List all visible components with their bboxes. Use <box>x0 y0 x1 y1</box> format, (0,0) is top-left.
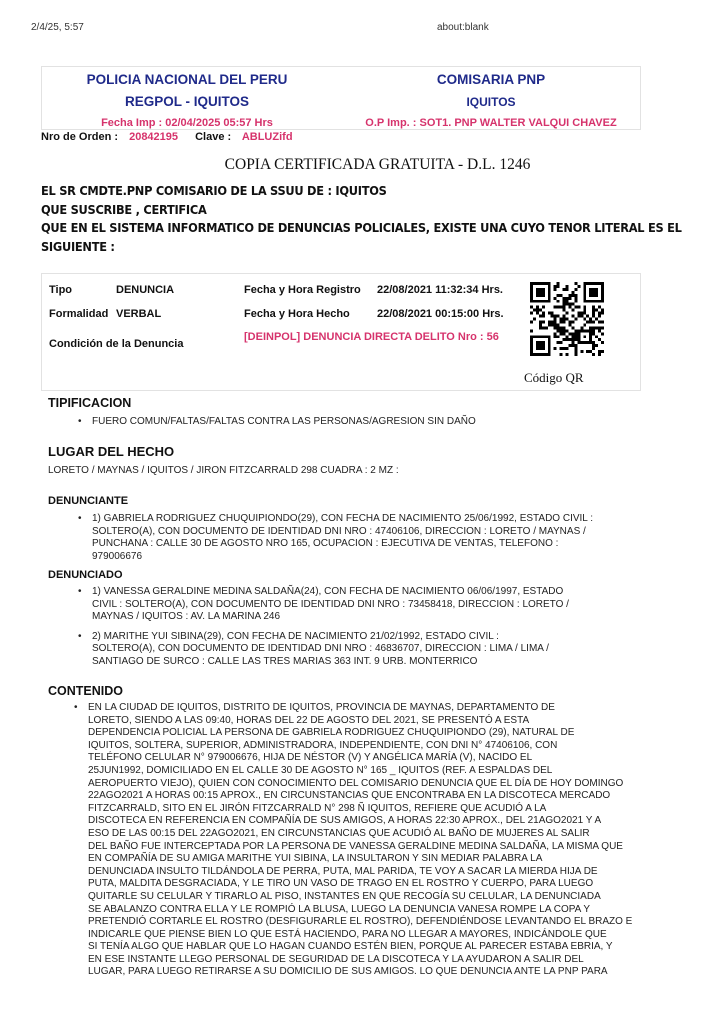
list-item-line: AEROPUERTO VIEJO), QUIEN CON CONOCIMIENT… <box>88 778 632 791</box>
station-name: COMISARIA PNP <box>342 70 640 90</box>
denunciante-list: 1) GABRIELA RODRIGUEZ CHUQUIPIONDO(29), … <box>40 513 593 563</box>
formalidad-value: VERBAL <box>116 308 161 320</box>
order-label: Nro de Orden : <box>41 131 118 143</box>
section-denunciado: DENUNCIADO 1) VANESSA GERALDINE MEDINA S… <box>48 569 569 669</box>
cert-line: SIGUIENTE : <box>41 238 602 257</box>
region-name: REGPOL - IQUITOS <box>42 92 332 112</box>
list-item-line: DISCOTECA EN REFERENCIA EN COMPAÑÍA DE S… <box>88 815 632 828</box>
list-item-line: EN ESE INSTANTE LLEGO PERSONAL DE SEGURI… <box>88 954 632 967</box>
list-item-line: EN LA CIUDAD DE IQUITOS, DISTRITO DE IQU… <box>88 702 632 715</box>
list-item-line: 979006676 <box>92 551 593 564</box>
lugar-title: LUGAR DEL HECHO <box>48 444 399 459</box>
section-lugar: LUGAR DEL HECHO LORETO / MAYNAS / IQUITO… <box>48 444 399 476</box>
list-item-line: PUTA, MALDITA DESGRACIADA, Y LE TIRO UN … <box>88 878 632 891</box>
cert-line: QUE EN EL SISTEMA INFORMATICO DE DENUNCI… <box>41 219 602 238</box>
list-item-line: PRETENDIÓ CORTARLE EL ROSTRO (DESFIGURAR… <box>88 916 632 929</box>
section-tipificacion: TIPIFICACION FUERO COMUN/FALTAS/FALTAS C… <box>48 396 476 429</box>
list-item-line: 22AGO2021 A HORAS 00:15 APROX., EN CIRCU… <box>88 790 632 803</box>
print-url: about:blank <box>437 22 489 33</box>
list-item-line: SOLTERO(A), CON DOCUMENTO DE IDENTIDAD D… <box>92 526 593 539</box>
contenido-title: CONTENIDO <box>48 684 632 698</box>
list-item-line: SANTIAGO DE SURCO : CALLE LAS TRES MARIA… <box>92 656 569 669</box>
key-value: ABLUZifd <box>242 131 293 143</box>
list-item-line: DEL BAÑO FUE INTERCEPTADA POR LA PERSONA… <box>88 841 632 854</box>
list-item-line: TELÉFONO CELULAR N° 979006676, HIJA DE N… <box>88 752 632 765</box>
tipificacion-title: TIPIFICACION <box>48 396 476 410</box>
list-item-line: EN COMPAÑÍA DE SU AMIGA MARITHE YUI SIBI… <box>88 853 632 866</box>
header-right: COMISARIA PNP IQUITOS O.P Imp. : SOT1. P… <box>342 70 640 131</box>
list-item: 2) MARITHE YUI SIBINA(29), CON FECHA DE … <box>40 631 569 669</box>
complaint-info-box: Tipo DENUNCIA Formalidad VERBAL Condició… <box>41 273 641 391</box>
list-item-line: 1) VANESSA GERALDINE MEDINA SALDAÑA(24),… <box>92 586 569 599</box>
print-date-label: Fecha Imp : 02/04/2025 05:57 Hrs <box>42 115 332 131</box>
list-item-line: INDICARLE QUE PIENSE BIEN LO QUE ESTÁ HA… <box>88 929 632 942</box>
list-item-line: IQUITOS, SOLTERA, SUPERIOR, ADMINISTRADO… <box>88 740 632 753</box>
document-header: POLICIA NACIONAL DEL PERU REGPOL - IQUIT… <box>41 66 641 130</box>
certification-text: EL SR CMDTE.PNP COMISARIO DE LA SSUU DE … <box>41 182 602 256</box>
list-item-line: 25JUN1992, DOMICILIADO EN EL CALLE 30 DE… <box>88 765 632 778</box>
list-item-line: MAYNAS / IQUITOS : AV. LA MARINA 246 <box>92 611 569 624</box>
institution-name: POLICIA NACIONAL DEL PERU <box>42 70 332 90</box>
list-item-line: ESO DE LAS 00:15 DEL 22AGO2021, EN CIRCU… <box>88 828 632 841</box>
tipo-value: DENUNCIA <box>116 284 174 296</box>
condicion-label: Condición de la Denuncia <box>49 338 183 350</box>
list-item-line: 1) GABRIELA RODRIGUEZ CHUQUIPIONDO(29), … <box>92 513 593 526</box>
document-title: COPIA CERTIFICADA GRATUITA - D.L. 1246 <box>0 156 725 174</box>
order-row: Nro de Orden : 20842195 Clave : ABLUZifd <box>41 131 301 143</box>
list-item-line: SI TENÍA ALGO QUE HABLAR QUE LO HAGAN CU… <box>88 941 632 954</box>
list-item: EN LA CIUDAD DE IQUITOS, DISTRITO DE IQU… <box>36 702 632 979</box>
header-left: POLICIA NACIONAL DEL PERU REGPOL - IQUIT… <box>42 70 332 131</box>
hecho-label: Fecha y Hora Hecho <box>244 308 350 320</box>
list-item-line: FITZCARRALD, SITO EN EL JIRÓN FITZCARRAL… <box>88 803 632 816</box>
list-item-line: QUITARLE SU CELULAR Y TIRARLO AL PISO, I… <box>88 891 632 904</box>
list-item-line: PUNCHANA : CALLE 30 DE AGOSTO NRO 165, O… <box>92 538 593 551</box>
denunciado-list: 1) VANESSA GERALDINE MEDINA SALDAÑA(24),… <box>40 586 569 669</box>
lugar-text: LORETO / MAYNAS / IQUITOS / JIRON FITZCA… <box>48 465 399 476</box>
section-contenido: CONTENIDO EN LA CIUDAD DE IQUITOS, DISTR… <box>48 684 632 979</box>
list-item-line: SE ABALANZO CONTRA ELLA Y LE ROMPIÓ LA B… <box>88 904 632 917</box>
cert-line: EL SR CMDTE.PNP COMISARIO DE LA SSUU DE … <box>41 182 602 201</box>
list-item-line: 2) MARITHE YUI SIBINA(29), CON FECHA DE … <box>92 631 569 644</box>
list-item: 1) VANESSA GERALDINE MEDINA SALDAÑA(24),… <box>40 586 569 624</box>
list-item-line: LUGAR, PARA LUEGO RETIRARSE A SU DOMICIL… <box>88 966 632 979</box>
contenido-list: EN LA CIUDAD DE IQUITOS, DISTRITO DE IQU… <box>36 702 632 979</box>
list-item: FUERO COMUN/FALTAS/FALTAS CONTRA LAS PER… <box>40 416 476 429</box>
registro-value: 22/08/2021 11:32:34 Hrs. <box>377 284 503 296</box>
condicion-value: [DEINPOL] DENUNCIA DIRECTA DELITO Nro : … <box>244 331 499 343</box>
list-item-line: DENUNCIADA INSULTO TILDÁNDOLA DE PERRA, … <box>88 866 632 879</box>
list-item-line: SOLTERO(A), CON DOCUMENTO DE IDENTIDAD D… <box>92 643 569 656</box>
list-item-line: LORETO, SIENDO A LAS 09:40, HORAS DEL 22… <box>88 715 632 728</box>
section-denunciante: DENUNCIANTE 1) GABRIELA RODRIGUEZ CHUQUI… <box>48 495 593 563</box>
formalidad-label: Formalidad <box>49 308 108 320</box>
list-item-line: DEPENDENCIA POLICIAL LA PERSONA DE GABRI… <box>88 727 632 740</box>
denunciado-title: DENUNCIADO <box>48 569 569 581</box>
denunciante-title: DENUNCIANTE <box>48 495 593 507</box>
tipificacion-list: FUERO COMUN/FALTAS/FALTAS CONTRA LAS PER… <box>40 416 476 429</box>
hecho-value: 22/08/2021 00:15:00 Hrs. <box>377 308 504 320</box>
list-item-line: CIVIL : SOLTERO(A), CON DOCUMENTO DE IDE… <box>92 599 569 612</box>
operator-label: O.P Imp. : SOT1. PNP WALTER VALQUI CHAVE… <box>342 115 640 131</box>
tipo-label: Tipo <box>49 284 72 296</box>
key-label: Clave : <box>195 131 231 143</box>
registro-label: Fecha y Hora Registro <box>244 284 361 296</box>
station-city: IQUITOS <box>342 92 640 112</box>
print-date: 2/4/25, 5:57 <box>31 22 84 33</box>
list-item: 1) GABRIELA RODRIGUEZ CHUQUIPIONDO(29), … <box>40 513 593 563</box>
qr-caption: Código QR <box>524 370 584 386</box>
qr-code-icon <box>530 282 604 356</box>
cert-line: QUE SUSCRIBE , CERTIFICA <box>41 201 602 220</box>
order-number: 20842195 <box>129 131 178 143</box>
